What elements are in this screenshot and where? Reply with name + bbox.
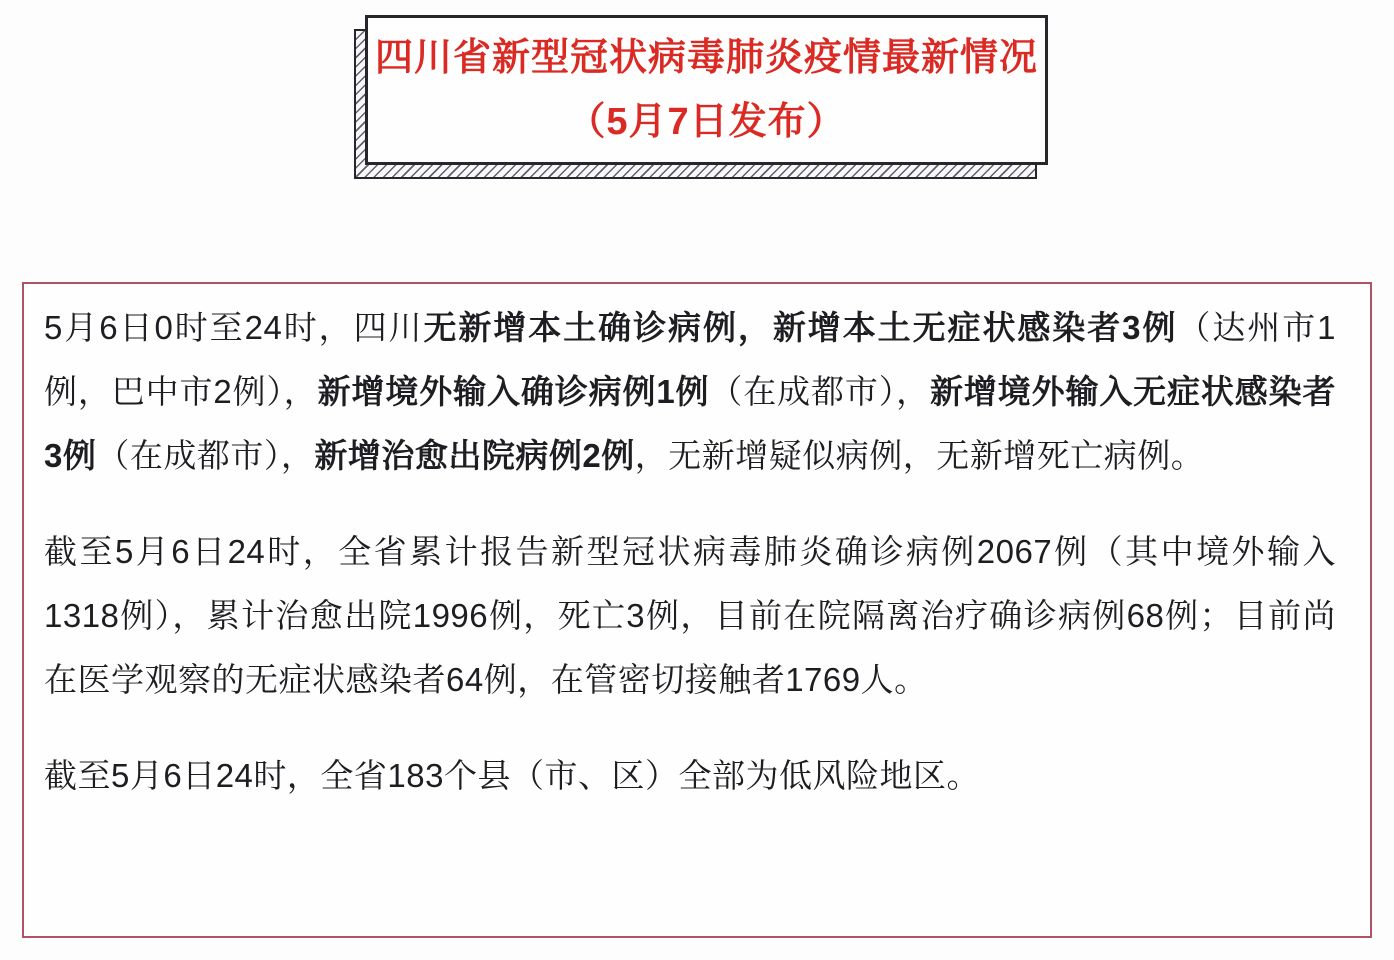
content-box: 5月6日0时至24时，四川无新增本土确诊病例，新增本土无症状感染者3例（达州市1… (22, 282, 1372, 938)
body-text: 5月6日0时至24时，四川 (44, 309, 423, 346)
body-text: （在成都市）， (709, 373, 930, 410)
highlight-text: 新增治愈出院病例2例 (314, 437, 634, 474)
body-text: 截至5月6日24时，全省183个县（市、区）全部为低风险地区。 (44, 757, 980, 794)
paragraph: 截至5月6日24时，全省183个县（市、区）全部为低风险地区。 (44, 744, 1336, 808)
body-text: 截至5月6日24时，全省累计报告新型冠状病毒肺炎确诊病例2067例（其中境外输入… (44, 533, 1336, 698)
title-card-group: 四川省新型冠状病毒肺炎疫情最新情况 （5月7日发布） (365, 15, 1048, 165)
body-text: （在成都市）， (96, 437, 314, 474)
highlight-text: 无新增本土确诊病例，新增本土无症状感染者3例 (423, 309, 1177, 346)
page-subtitle-release-date: （5月7日发布） (567, 93, 845, 151)
paragraph: 截至5月6日24时，全省累计报告新型冠状病毒肺炎确诊病例2067例（其中境外输入… (44, 520, 1336, 712)
content-paragraphs: 5月6日0时至24时，四川无新增本土确诊病例，新增本土无症状感染者3例（达州市1… (44, 296, 1336, 808)
page-title: 四川省新型冠状病毒肺炎疫情最新情况 (375, 29, 1038, 87)
highlight-text: 新增境外输入确诊病例1例 (318, 373, 710, 410)
title-card: 四川省新型冠状病毒肺炎疫情最新情况 （5月7日发布） (365, 15, 1048, 165)
paragraph: 5月6日0时至24时，四川无新增本土确诊病例，新增本土无症状感染者3例（达州市1… (44, 296, 1336, 488)
body-text: ，无新增疑似病例，无新增死亡病例。 (635, 437, 1205, 474)
announcement-page: 四川省新型冠状病毒肺炎疫情最新情况 （5月7日发布） 5月6日0时至24时，四川… (0, 0, 1394, 960)
